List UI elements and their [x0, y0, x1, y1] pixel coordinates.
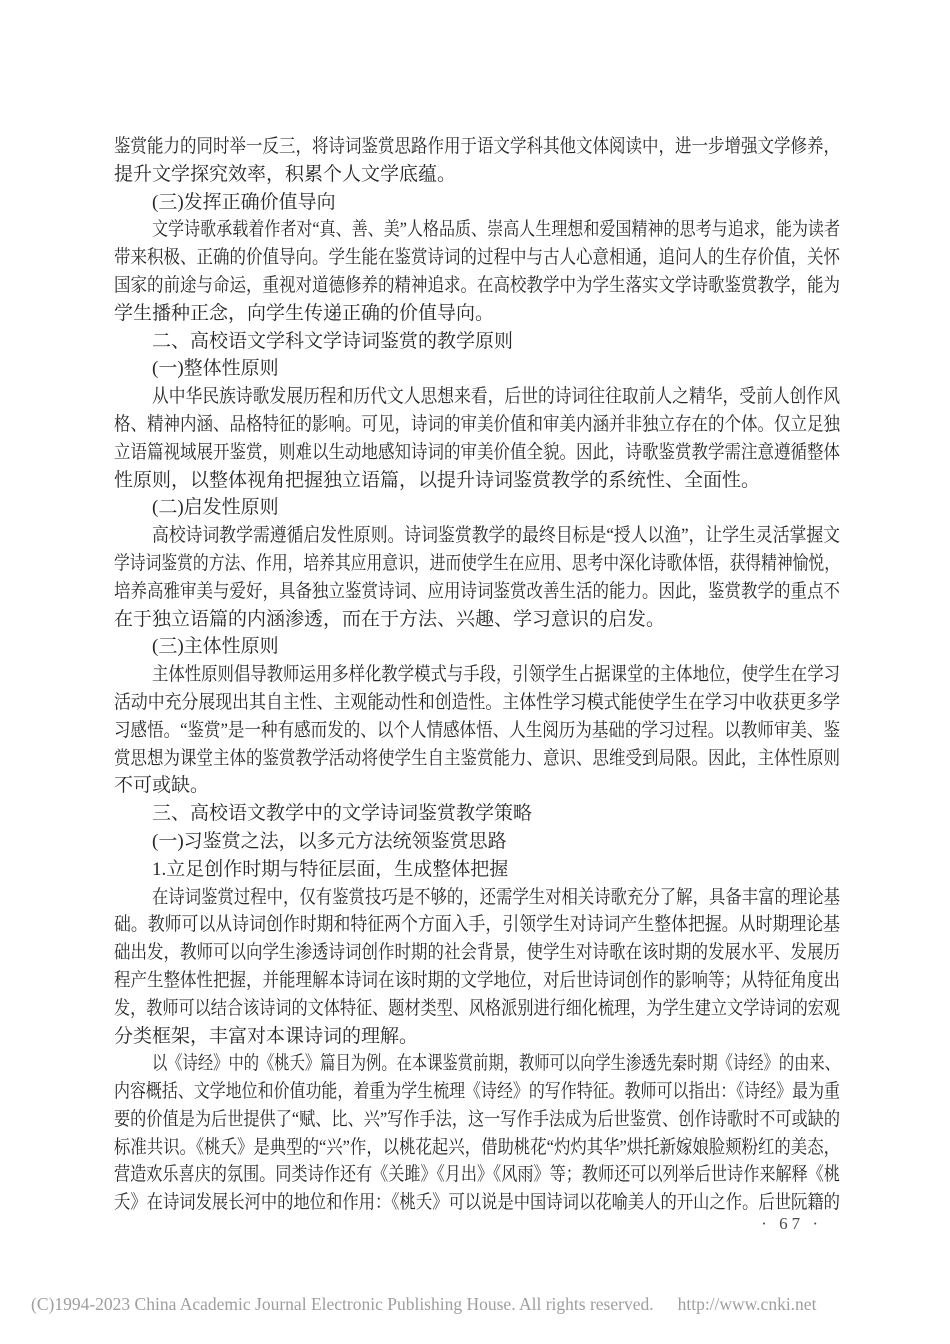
text-line: 营造欢乐喜庆的氛围。同类诗作还有《关雎》《月出》《风雨》等；教师还可以列举后世诗…	[114, 1161, 840, 1189]
line-text: 高校诗词教学需遵循启发性原则。诗词鉴赏教学的最终目标是“授人以渔”，让学生灵活掌…	[152, 522, 840, 550]
text-line: 鉴赏能力的同时举一反三，将诗词鉴赏思路作用于语文学科其他文体阅读中，进一步增强文…	[114, 133, 840, 161]
document-page: 鉴赏能力的同时举一反三，将诗词鉴赏思路作用于语文学科其他文体阅读中，进一步增强文…	[0, 0, 950, 1344]
heading-line: 1.立足创作时期与特征层面，生成整体把握	[114, 856, 840, 884]
line-text: (三)主体性原则	[152, 633, 279, 661]
heading-line: 三、高校语文教学中的文学诗词鉴赏教学策略	[114, 800, 840, 828]
text-line: 提升文学探究效率，积累个人文学底蕴。	[114, 161, 840, 189]
text-line: 夭》在诗词发展长河中的地位和作用：《桃夭》可以说是中国诗词以花喻美人的开山之作。…	[114, 1189, 840, 1217]
text-line: 标准共识。《桃夭》是典型的“兴”作，以桃花起兴，借助桃花“灼灼其华”烘托新嫁娘脸…	[114, 1134, 840, 1162]
text-line: 高校诗词教学需遵循启发性原则。诗词鉴赏教学的最终目标是“授人以渔”，让学生灵活掌…	[114, 522, 840, 550]
line-text: 性原则，以整体视角把握独立语篇，以提升诗词鉴赏教学的系统性、全面性。	[114, 467, 760, 495]
line-text: 以《诗经》中的《桃夭》篇目为例。在本课鉴赏前期，教师可以向学生渗透先秦时期《诗经…	[152, 1050, 840, 1078]
line-text: 提升文学探究效率，积累个人文学底蕴。	[114, 161, 456, 189]
text-line: 要的价值是为后世提供了“赋、比、兴”写作手法，这一写作手法成为后世鉴赏、创作诗歌…	[114, 1106, 840, 1134]
line-text: (一)整体性原则	[152, 355, 279, 383]
line-text: 不可或缺。	[114, 772, 209, 800]
line-text: 1.立足创作时期与特征层面，生成整体把握	[152, 856, 508, 884]
text-line: 主体性原则倡导教师运用多样化教学模式与手段，引领学生占据课堂的主体地位，使学生在…	[114, 661, 840, 689]
text-line: 文学诗歌承载着作者对“真、善、美”人格品质、崇高人生理想和爱国精神的思考与追求，…	[114, 216, 840, 244]
line-text: 文学诗歌承载着作者对“真、善、美”人格品质、崇高人生理想和爱国精神的思考与追求，…	[152, 216, 840, 244]
line-text: 学生播种正念，向学生传递正确的价值导向。	[114, 300, 494, 328]
line-text: 营造欢乐喜庆的氛围。同类诗作还有《关雎》《月出》《风雨》等；教师还可以列举后世诗…	[114, 1161, 840, 1189]
line-text: 学诗词鉴赏的方法、作用，培养其应用意识，进而使学生在应用、思考中深化诗歌体悟，获…	[114, 550, 840, 578]
text-line: 发，教师可以结合该诗词的文体特征、题材类型、风格派别进行细化梳理，为学生建立文学…	[114, 995, 840, 1023]
line-text: 习感悟。“鉴赏”是一种有感而发的、以个人情感体悟、人生阅历为基础的学习过程。以教…	[114, 717, 840, 745]
line-text: (二)启发性原则	[152, 494, 279, 522]
text-line: 础。教师可以从诗词创作时期和特征两个方面入手，引领学生对诗词产生整体把握。从时期…	[114, 911, 840, 939]
line-text: 从中华民族诗歌发展历程和历代文人思想来看，后世的诗词往往取前人之精华，受前人创作…	[152, 383, 840, 411]
line-text: 要的价值是为后世提供了“赋、比、兴”写作手法，这一写作手法成为后世鉴赏、创作诗歌…	[114, 1106, 840, 1134]
text-line: 性原则，以整体视角把握独立语篇，以提升诗词鉴赏教学的系统性、全面性。	[114, 467, 840, 495]
text-line: 在诗词鉴赏过程中，仅有鉴赏技巧是不够的，还需学生对相关诗歌充分了解，具备丰富的理…	[114, 884, 840, 912]
heading-line: (一)习鉴赏之法，以多元方法统领鉴赏思路	[114, 828, 840, 856]
line-text: 二、高校语文学科文学诗词鉴赏的教学原则	[152, 328, 513, 356]
heading-line: (三)主体性原则	[114, 633, 840, 661]
line-text: 三、高校语文教学中的文学诗词鉴赏教学策略	[152, 800, 532, 828]
line-text: 夭》在诗词发展长河中的地位和作用：《桃夭》可以说是中国诗词以花喻美人的开山之作。…	[114, 1189, 840, 1217]
text-line: 带来积极、正确的价值导向。学生能在鉴赏诗词的过程中与古人心意相通，追问人的生存价…	[114, 244, 840, 272]
line-text: 在诗词鉴赏过程中，仅有鉴赏技巧是不够的，还需学生对相关诗歌充分了解，具备丰富的理…	[152, 884, 840, 912]
line-text: 内容概括、文学地位和价值功能，着重为学生梳理《诗经》的写作特征。教师可以指出：《…	[114, 1078, 840, 1106]
footer-copyright: (C)1994-2023 China Academic Journal Elec…	[31, 1294, 654, 1314]
heading-line: (一)整体性原则	[114, 355, 840, 383]
line-text: 培养高雅审美与爱好，具备独立鉴赏诗词、应用诗词鉴赏改善生活的能力。因此，鉴赏教学…	[114, 578, 840, 606]
text-line: 在于独立语篇的内涵渗透，而在于方法、兴趣、学习意识的启发。	[114, 606, 840, 634]
heading-line: 二、高校语文学科文学诗词鉴赏的教学原则	[114, 328, 840, 356]
footer-url: http://www.cnki.net	[678, 1294, 817, 1314]
line-text: 在于独立语篇的内涵渗透，而在于方法、兴趣、学习意识的启发。	[114, 606, 665, 634]
text-line: 国家的前途与命运，重视对道德修养的精神追求。在高校教学中为学生落实文学诗歌鉴赏教…	[114, 272, 840, 300]
text-line: 分类框架，丰富对本课诗词的理解。	[114, 1023, 840, 1051]
line-text: 标准共识。《桃夭》是典型的“兴”作，以桃花起兴，借助桃花“灼灼其华”烘托新嫁娘脸…	[114, 1134, 840, 1162]
line-text: 发，教师可以结合该诗词的文体特征、题材类型、风格派别进行细化梳理，为学生建立文学…	[114, 995, 840, 1023]
footer: (C)1994-2023 China Academic Journal Elec…	[31, 1293, 816, 1315]
text-line: 学诗词鉴赏的方法、作用，培养其应用意识，进而使学生在应用、思考中深化诗歌体悟，获…	[114, 550, 840, 578]
heading-line: (二)启发性原则	[114, 494, 840, 522]
article-body: 鉴赏能力的同时举一反三，将诗词鉴赏思路作用于语文学科其他文体阅读中，进一步增强文…	[114, 133, 840, 1217]
page-number: · 67 ·	[761, 1214, 822, 1234]
line-text: 带来积极、正确的价值导向。学生能在鉴赏诗词的过程中与古人心意相通，追问人的生存价…	[114, 244, 840, 272]
line-text: 程产生整体性把握，并能理解本诗词在该时期的文学地位，对后世诗词创作的影响等；从特…	[114, 967, 840, 995]
text-line: 赏思想为课堂主体的鉴赏教学活动将使学生自主鉴赏能力、意识、思维受到局限。因此，主…	[114, 745, 840, 773]
text-line: 从中华民族诗歌发展历程和历代文人思想来看，后世的诗词往往取前人之精华，受前人创作…	[114, 383, 840, 411]
text-line: 习感悟。“鉴赏”是一种有感而发的、以个人情感体悟、人生阅历为基础的学习过程。以教…	[114, 717, 840, 745]
text-line: 格、精神内涵、品格特征的影响。可见，诗词的审美价值和审美内涵并非独立存在的个体。…	[114, 411, 840, 439]
line-text: 鉴赏能力的同时举一反三，将诗词鉴赏思路作用于语文学科其他文体阅读中，进一步增强文…	[114, 133, 840, 161]
line-text: (一)习鉴赏之法，以多元方法统领鉴赏思路	[152, 828, 507, 856]
text-line: 学生播种正念，向学生传递正确的价值导向。	[114, 300, 840, 328]
text-line: 内容概括、文学地位和价值功能，着重为学生梳理《诗经》的写作特征。教师可以指出：《…	[114, 1078, 840, 1106]
text-line: 活动中充分展现出其自主性、主观能动性和创造性。主体性学习模式能使学生在学习中收获…	[114, 689, 840, 717]
text-line: 础出发，教师可以向学生渗透诗词创作时期的社会背景，使学生对诗歌在该时期的发展水平…	[114, 939, 840, 967]
line-text: 础。教师可以从诗词创作时期和特征两个方面入手，引领学生对诗词产生整体把握。从时期…	[114, 911, 840, 939]
heading-line: (三)发挥正确价值导向	[114, 189, 840, 217]
text-line: 程产生整体性把握，并能理解本诗词在该时期的文学地位，对后世诗词创作的影响等；从特…	[114, 967, 840, 995]
line-text: 格、精神内涵、品格特征的影响。可见，诗词的审美价值和审美内涵并非独立存在的个体。…	[114, 411, 840, 439]
line-text: 础出发，教师可以向学生渗透诗词创作时期的社会背景，使学生对诗歌在该时期的发展水平…	[114, 939, 840, 967]
text-line: 以《诗经》中的《桃夭》篇目为例。在本课鉴赏前期，教师可以向学生渗透先秦时期《诗经…	[114, 1050, 840, 1078]
line-text: (三)发挥正确价值导向	[152, 189, 336, 217]
text-line: 培养高雅审美与爱好，具备独立鉴赏诗词、应用诗词鉴赏改善生活的能力。因此，鉴赏教学…	[114, 578, 840, 606]
line-text: 活动中充分展现出其自主性、主观能动性和创造性。主体性学习模式能使学生在学习中收获…	[114, 689, 840, 717]
text-line: 不可或缺。	[114, 772, 840, 800]
line-text: 赏思想为课堂主体的鉴赏教学活动将使学生自主鉴赏能力、意识、思维受到局限。因此，主…	[114, 745, 840, 773]
line-text: 主体性原则倡导教师运用多样化教学模式与手段，引领学生占据课堂的主体地位，使学生在…	[152, 661, 840, 689]
text-line: 立语篇视域展开鉴赏，则难以生动地感知诗词的审美价值全貌。因此，诗歌鉴赏教学需注意…	[114, 439, 840, 467]
line-text: 国家的前途与命运，重视对道德修养的精神追求。在高校教学中为学生落实文学诗歌鉴赏教…	[114, 272, 840, 300]
line-text: 分类框架，丰富对本课诗词的理解。	[114, 1023, 418, 1051]
line-text: 立语篇视域展开鉴赏，则难以生动地感知诗词的审美价值全貌。因此，诗歌鉴赏教学需注意…	[114, 439, 840, 467]
